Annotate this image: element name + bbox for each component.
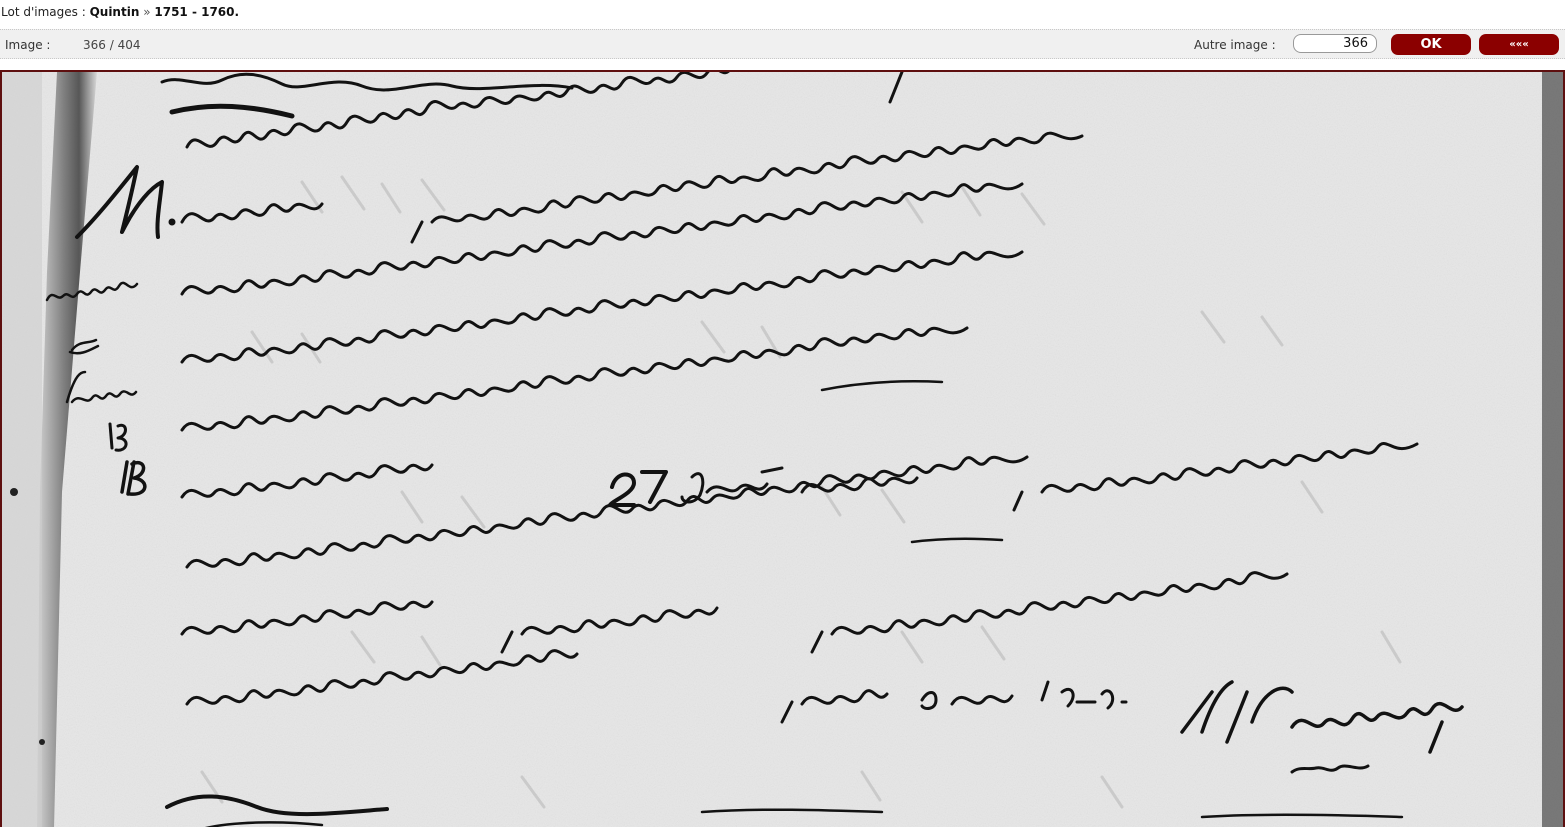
manuscript-image-viewer[interactable]	[0, 70, 1565, 827]
image-toolbar: Image : 366 / 404 Autre image : OK «««	[0, 29, 1565, 59]
ok-button[interactable]: OK	[1391, 34, 1471, 55]
breadcrumb-period: 1751 - 1760.	[154, 5, 239, 19]
breadcrumb-prefix: Lot d'images :	[1, 5, 86, 19]
back-button[interactable]: «««	[1479, 34, 1559, 55]
breadcrumb-collection: Quintin	[90, 5, 140, 19]
manuscript-image	[2, 72, 1565, 827]
image-label: Image :	[5, 38, 50, 52]
goto-image-input[interactable]	[1293, 34, 1377, 53]
image-counter: 366 / 404	[83, 38, 140, 52]
breadcrumb: Lot d'images : Quintin » 1751 - 1760.	[0, 0, 1565, 27]
goto-image-label: Autre image :	[1194, 38, 1276, 52]
breadcrumb-separator: »	[143, 5, 150, 19]
